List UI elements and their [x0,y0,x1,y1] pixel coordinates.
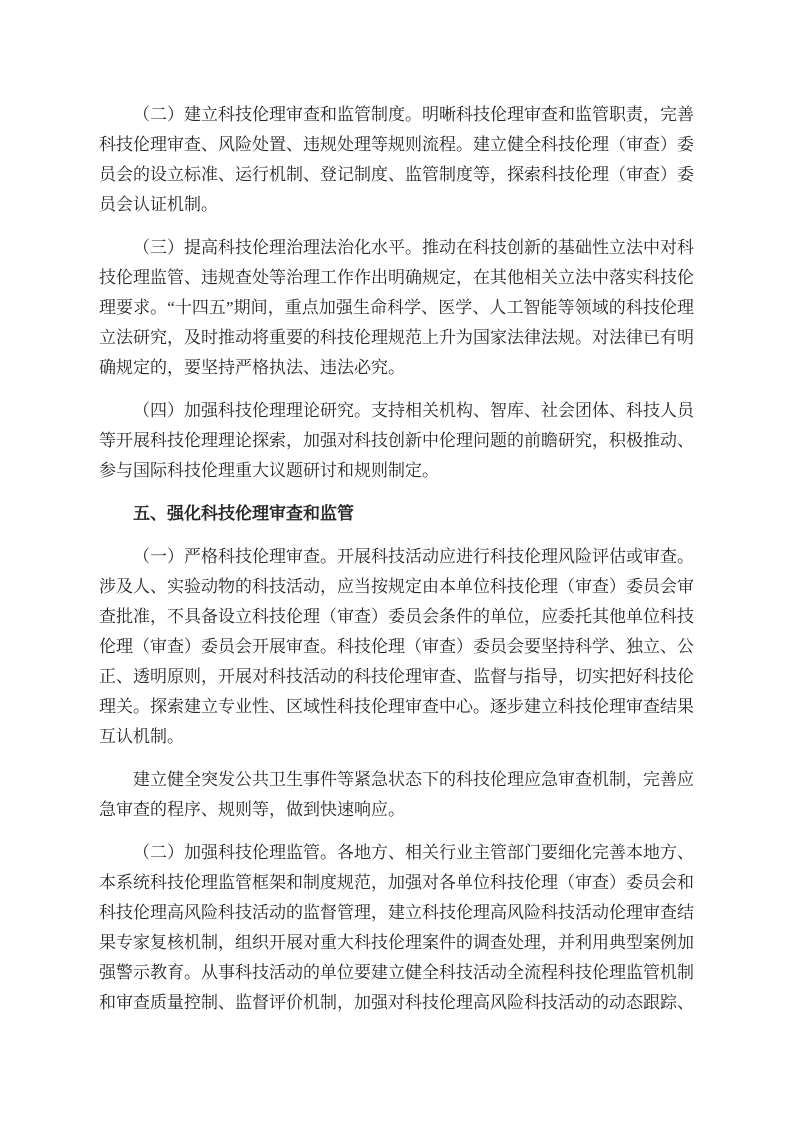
body-paragraph-item-2-strengthen-supervision: （二）加强科技伦理监管。各地方、相关行业主管部门要细化完善本地方、本系统科技伦理… [99,838,694,1018]
document-page: （二）建立科技伦理审查和监管制度。明晰科技伦理审查和监管职责，完善科技伦理审查、… [0,0,793,1122]
body-paragraph-item-4-theory-research: （四）加强科技伦理理论研究。支持相关机构、智库、社会团体、科技人员等开展科技伦理… [99,396,694,486]
section-heading-5-strengthen-review-supervision: 五、强化科技伦理审查和监管 [99,499,694,529]
body-paragraph-item-1-strict-ethics-review: （一）严格科技伦理审查。开展科技活动应进行科技伦理风险评估或审查。涉及人、实验动… [99,542,694,752]
body-paragraph-item-3-rule-of-law: （三）提高科技伦理治理法治化水平。推动在科技创新的基础性立法中对科技伦理监管、违… [99,233,694,383]
body-paragraph-item-2-establish-review-system: （二）建立科技伦理审查和监管制度。明晰科技伦理审查和监管职责，完善科技伦理审查、… [99,100,694,220]
body-paragraph-emergency-review-mechanism: 建立健全突发公共卫生事件等紧急状态下的科技伦理应急审查机制，完善应急审查的程序、… [99,765,694,825]
